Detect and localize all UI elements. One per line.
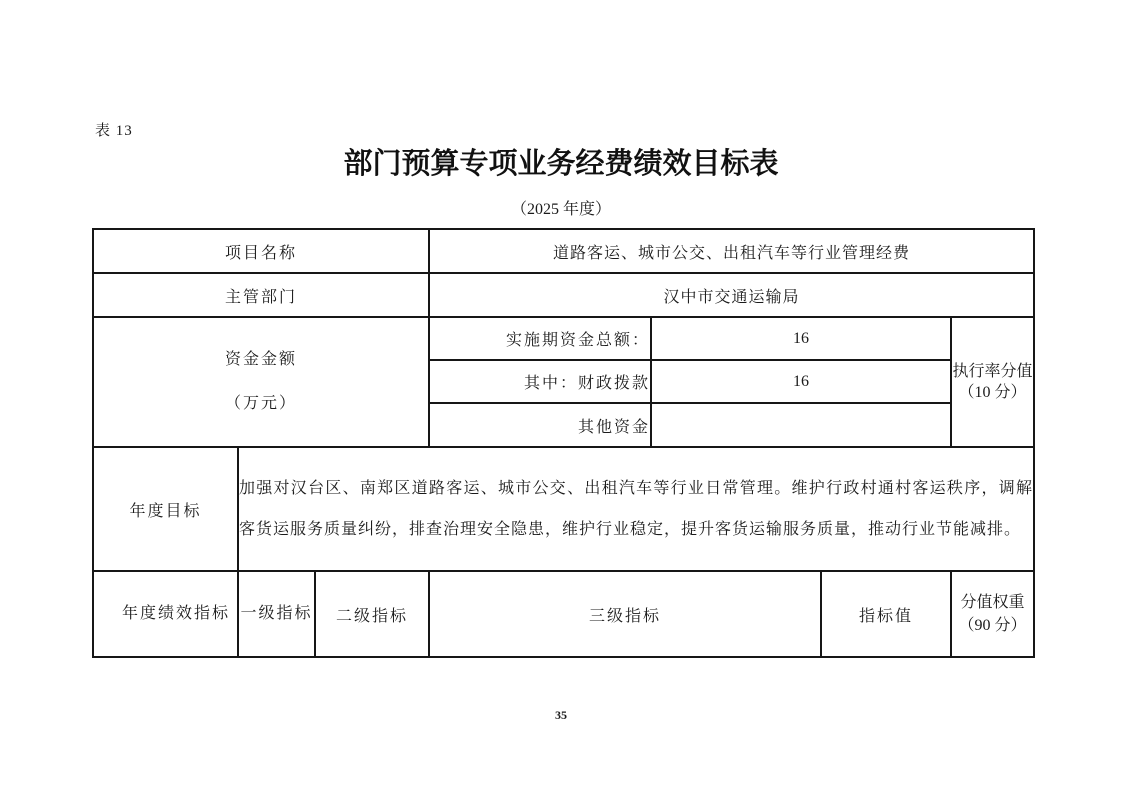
row-annual-goal: 年度目标 加强对汉台区、南郑区道路客运、城市公交、出租汽车等行业日常管理。维护行…: [93, 447, 1034, 571]
funding-total-value-cell: 16: [651, 317, 951, 360]
funding-amount-label-cell: 资金金额 （万元）: [93, 317, 429, 447]
execution-rate-score-cell: 执行率分值 （10 分）: [951, 317, 1034, 447]
document-subtitle: （2025 年度）: [0, 196, 1122, 219]
funding-amount-label-line2: （万元）: [94, 382, 428, 426]
row-project-name: 项目名称 道路客运、城市公交、出租汽车等行业管理经费: [93, 229, 1034, 273]
level3-indicator-header-cell: 三级指标: [429, 571, 821, 657]
other-funds-label-cell: 其他资金: [429, 403, 651, 447]
row-department: 主管部门 汉中市交通运输局: [93, 273, 1034, 317]
performance-target-table: 项目名称 道路客运、城市公交、出租汽车等行业管理经费 主管部门 汉中市交通运输局…: [92, 228, 1035, 658]
page-number: 35: [0, 708, 1122, 723]
score-weight-line1: 分值权重: [952, 591, 1033, 614]
department-value-cell: 汉中市交通运输局: [429, 273, 1034, 317]
annual-goal-label-cell: 年度目标: [93, 447, 238, 571]
row-funding-total: 资金金额 （万元） 实施期资金总额： 16 执行率分值 （10 分）: [93, 317, 1034, 360]
fiscal-allocation-label-cell: 其中：财政拨款: [429, 360, 651, 403]
execution-rate-score-line2: （10 分）: [952, 382, 1033, 403]
execution-rate-score-line1: 执行率分值: [952, 361, 1033, 382]
other-funds-value-cell: [651, 403, 951, 447]
funding-amount-label-line1: 资金金额: [94, 338, 428, 382]
funding-total-label-cell: 实施期资金总额：: [429, 317, 651, 360]
annual-indicators-label-cell: 年度绩效指标: [93, 571, 238, 657]
fiscal-allocation-value-cell: 16: [651, 360, 951, 403]
document-title: 部门预算专项业务经费绩效目标表: [0, 141, 1122, 182]
score-weight-header-cell: 分值权重 （90 分）: [951, 571, 1034, 657]
department-label-cell: 主管部门: [93, 273, 429, 317]
level1-indicator-header-cell: 一级指标: [238, 571, 315, 657]
document-page: 表 13 部门预算专项业务经费绩效目标表 （2025 年度） 项目名称 道路客运…: [0, 0, 1122, 793]
project-name-value-cell: 道路客运、城市公交、出租汽车等行业管理经费: [429, 229, 1034, 273]
row-indicator-headers: 年度绩效指标 一级指标 二级指标 三级指标 指标值 分值权重 （90 分）: [93, 571, 1034, 657]
level2-indicator-header-cell: 二级指标: [315, 571, 429, 657]
table-number-label: 表 13: [95, 119, 133, 140]
indicator-value-header-cell: 指标值: [821, 571, 951, 657]
annual-goal-text-cell: 加强对汉台区、南郑区道路客运、城市公交、出租汽车等行业日常管理。维护行政村通村客…: [238, 447, 1034, 571]
score-weight-line2: （90 分）: [952, 614, 1033, 637]
project-name-label-cell: 项目名称: [93, 229, 429, 273]
